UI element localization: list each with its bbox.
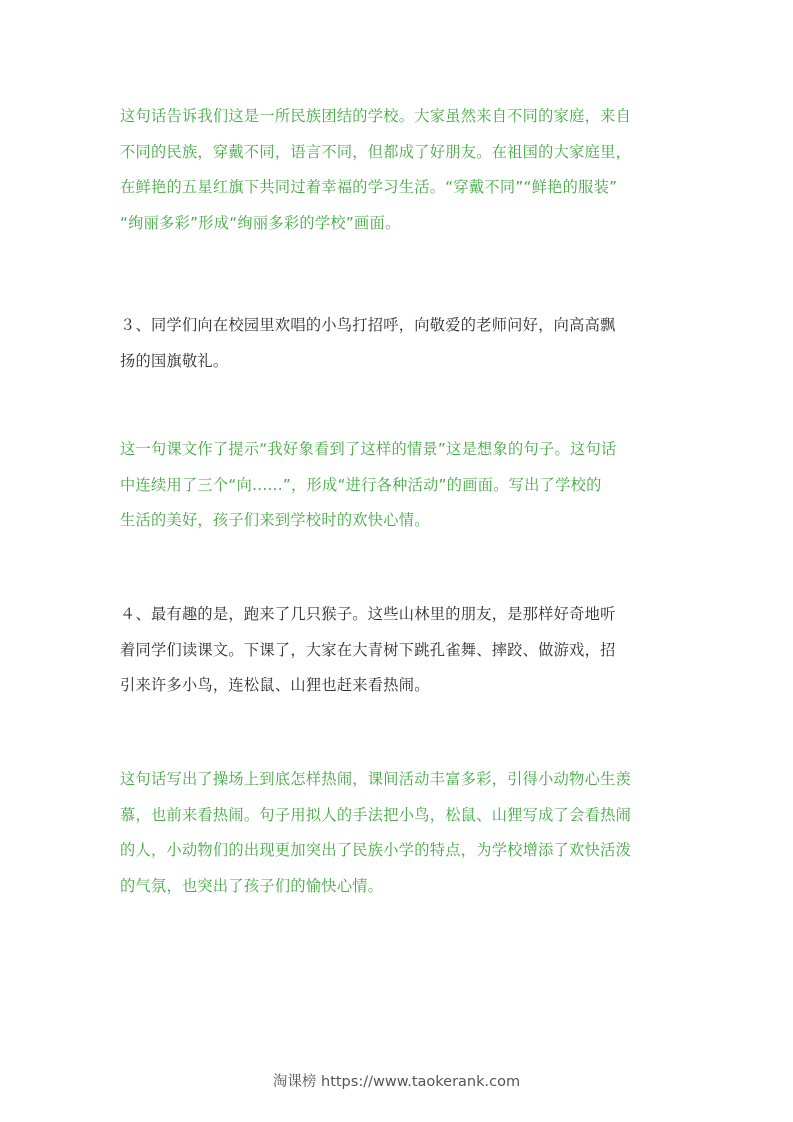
text-line: 在鲜艳的五星红旗下共同过着幸福的学习生活。“穿戴不同”“鲜艳的服装” — [120, 170, 680, 206]
text-line: 的气氛，也突出了孩子们的愉快心情。 — [120, 869, 680, 905]
text-line: “绚丽多彩”形成“绚丽多彩的学校”画面。 — [120, 206, 680, 242]
text-line: 着同学们读课文。下课了，大家在大青树下跳孔雀舞、摔跤、做游戏，招 — [120, 633, 680, 669]
footer-watermark: 淘课榜 https://www.taokerank.com — [0, 1070, 793, 1091]
document-page: 这句话告诉我们这是一所民族团结的学校。大家虽然来自不同的家庭，来自 不同的民族，… — [0, 0, 793, 1122]
text-line: 慕，也前来看热闹。句子用拟人的手法把小鸟，松鼠、山狸写成了会看热闹 — [120, 798, 680, 834]
analysis-paragraph-2: 这一句课文作了提示“我好象看到了这样的情景”这是想象的句子。这句话 中连续用了三… — [120, 432, 680, 539]
text-line: 这句话告诉我们这是一所民族团结的学校。大家虽然来自不同的家庭，来自 — [120, 99, 680, 135]
text-line: 不同的民族，穿戴不同，语言不同，但都成了好朋友。在祖国的大家庭里， — [120, 135, 680, 171]
text-line: 这一句课文作了提示“我好象看到了这样的情景”这是想象的句子。这句话 — [120, 432, 680, 468]
text-line: 扬的国旗敬礼。 — [120, 344, 680, 380]
text-line: 引来许多小鸟，连松鼠、山狸也赶来看热闹。 — [120, 668, 680, 704]
text-line: ３、同学们向在校园里欢唱的小鸟打招呼，向敬爱的老师问好，向高高飘 — [120, 308, 680, 344]
analysis-paragraph-3: 这句话写出了操场上到底怎样热闹，课间活动丰富多彩，引得小动物心生羡 慕，也前来看… — [120, 762, 680, 904]
question-paragraph-3: ３、同学们向在校园里欢唱的小鸟打招呼，向敬爱的老师问好，向高高飘 扬的国旗敬礼。 — [120, 308, 680, 379]
text-line: 这句话写出了操场上到底怎样热闹，课间活动丰富多彩，引得小动物心生羡 — [120, 762, 680, 798]
question-paragraph-4: ４、最有趣的是，跑来了几只猴子。这些山林里的朋友，是那样好奇地听 着同学们读课文… — [120, 597, 680, 704]
text-line: ４、最有趣的是，跑来了几只猴子。这些山林里的朋友，是那样好奇地听 — [120, 597, 680, 633]
text-line: 中连续用了三个“向......”，形成“进行各种活动”的画面。写出了学校的 — [120, 468, 680, 504]
analysis-paragraph-1: 这句话告诉我们这是一所民族团结的学校。大家虽然来自不同的家庭，来自 不同的民族，… — [120, 99, 680, 241]
text-line: 的人，小动物们的出现更加突出了民族小学的特点，为学校增添了欢快活泼 — [120, 833, 680, 869]
text-line: 生活的美好，孩子们来到学校时的欢快心情。 — [120, 503, 680, 539]
